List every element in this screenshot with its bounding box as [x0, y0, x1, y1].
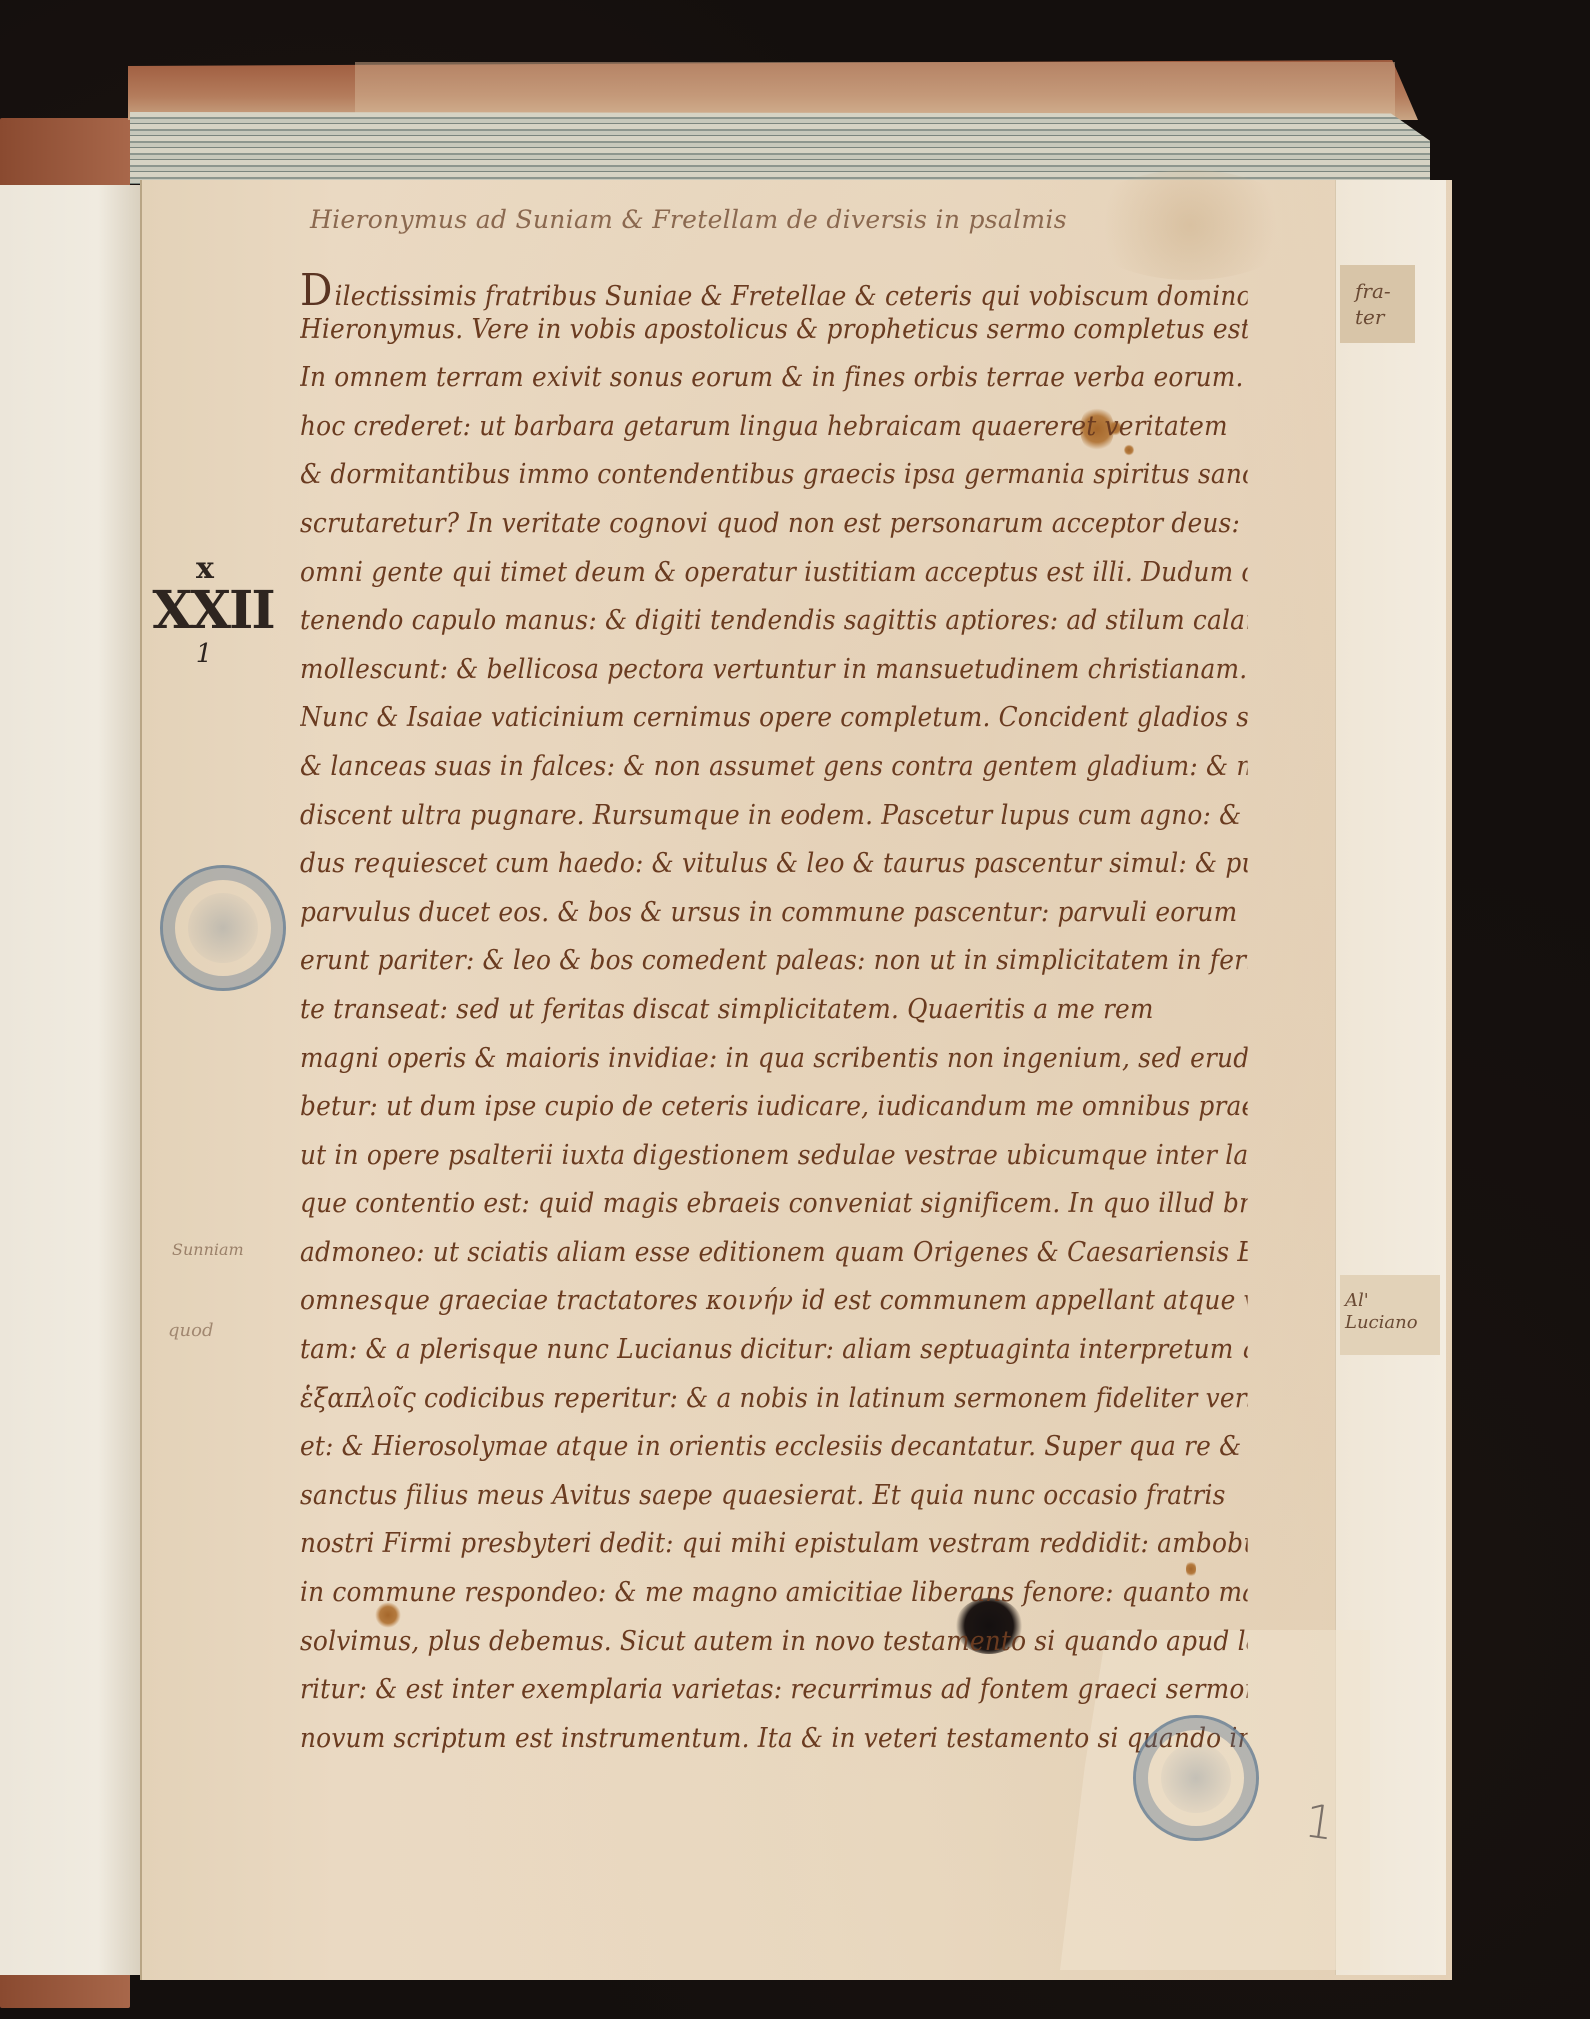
quire-signature: x XXII 1 [148, 555, 278, 669]
left-flyleaf [0, 185, 140, 1975]
text-line: in commune respondeo: & me magno amiciti… [300, 1577, 1248, 1626]
text-line: Nunc & Isaiae vaticinium cernimus opere … [300, 702, 1248, 751]
text-line: betur: ut dum ipse cupio de ceteris iudi… [300, 1091, 1248, 1140]
text-line: Hieronymus. Vere in vobis apostolicus & … [300, 314, 1248, 363]
running-title: Hieronymus ad Suniam & Fretellam de dive… [310, 205, 1067, 234]
text-line: sanctus filius meus Avitus saepe quaesie… [300, 1480, 1248, 1529]
text-line: omnesque graeciae tractatores κοινήν id … [300, 1285, 1248, 1334]
text-line: parvulus ducet eos. & bos & ursus in com… [300, 897, 1248, 946]
margin-note-right-top: fra-ter [1355, 278, 1405, 330]
text-line: te transeat: sed ut feritas discat simpl… [300, 994, 1248, 1043]
text-line: admoneo: ut sciatis aliam esse editionem… [300, 1237, 1248, 1286]
stamp-emblem-icon [1161, 1743, 1231, 1813]
text-line: que contentio est: quid magis ebraeis co… [300, 1188, 1248, 1237]
text-line: novum scriptum est instrumentum. Ita & i… [300, 1723, 1248, 1772]
text-line: & dormitantibus immo contendentibus grae… [300, 459, 1248, 508]
text-line: magni operis & maioris invidiae: in qua … [300, 1043, 1248, 1092]
text-line: solvimus, plus debemus. Sicut autem in n… [300, 1626, 1248, 1675]
text-line: tenendo capulo manus: & digiti tendendis… [300, 605, 1248, 654]
water-stain [1080, 170, 1300, 280]
library-stamp-left [160, 865, 286, 991]
text-line: mollescunt: & bellicosa pectora vertuntu… [300, 654, 1248, 703]
top-board-wear [355, 62, 1395, 118]
stamp-emblem-icon [188, 893, 258, 963]
quire-superscript: x [132, 555, 278, 583]
text-line: omni gente qui timet deum & operatur ius… [300, 557, 1248, 606]
quire-subscript: 1 [130, 639, 278, 669]
margin-note-left-upper: Sunniam [172, 1240, 244, 1259]
text-column: Dilectissimis fratribus Suniae & Fretell… [300, 265, 1330, 1771]
drop-cap: D [300, 265, 333, 314]
text-line: Dilectissimis fratribus Suniae & Fretell… [300, 265, 1248, 314]
text-line: ritur: & est inter exemplaria varietas: … [300, 1674, 1248, 1723]
text-line: hoc crederet: ut barbara getarum lingua … [300, 411, 1248, 460]
margin-note-right-lower: Al' Luciano [1345, 1290, 1435, 1334]
text-line: discent ultra pugnare. Rursumque in eode… [300, 800, 1248, 849]
text-line: nostri Firmi presbyteri dedit: qui mihi … [300, 1528, 1248, 1577]
margin-note-left-lower: quod [168, 1320, 213, 1341]
text-line: & lanceas suas in falces: & non assumet … [300, 751, 1248, 800]
library-stamp-bottom [1133, 1715, 1259, 1841]
text-line: et: & Hierosolymae atque in orientis ecc… [300, 1431, 1248, 1480]
text-line: dus requiescet cum haedo: & vitulus & le… [300, 848, 1248, 897]
text-line: erunt pariter: & leo & bos comedent pale… [300, 945, 1248, 994]
text-line: ut in opere psalterii iuxta digestionem … [300, 1140, 1248, 1189]
text-line: In omnem terram exivit sonus eorum & in … [300, 362, 1248, 411]
quire-numeral: XXII [148, 583, 278, 639]
text-line: ἑξαπλοῖς codicibus reperitur: & a nobis … [300, 1383, 1248, 1432]
text-block-page-edges [130, 112, 1430, 184]
text-line: scrutaretur? In veritate cognovi quod no… [300, 508, 1248, 557]
text-line: tam: & a plerisque nunc Lucianus dicitur… [300, 1334, 1248, 1383]
